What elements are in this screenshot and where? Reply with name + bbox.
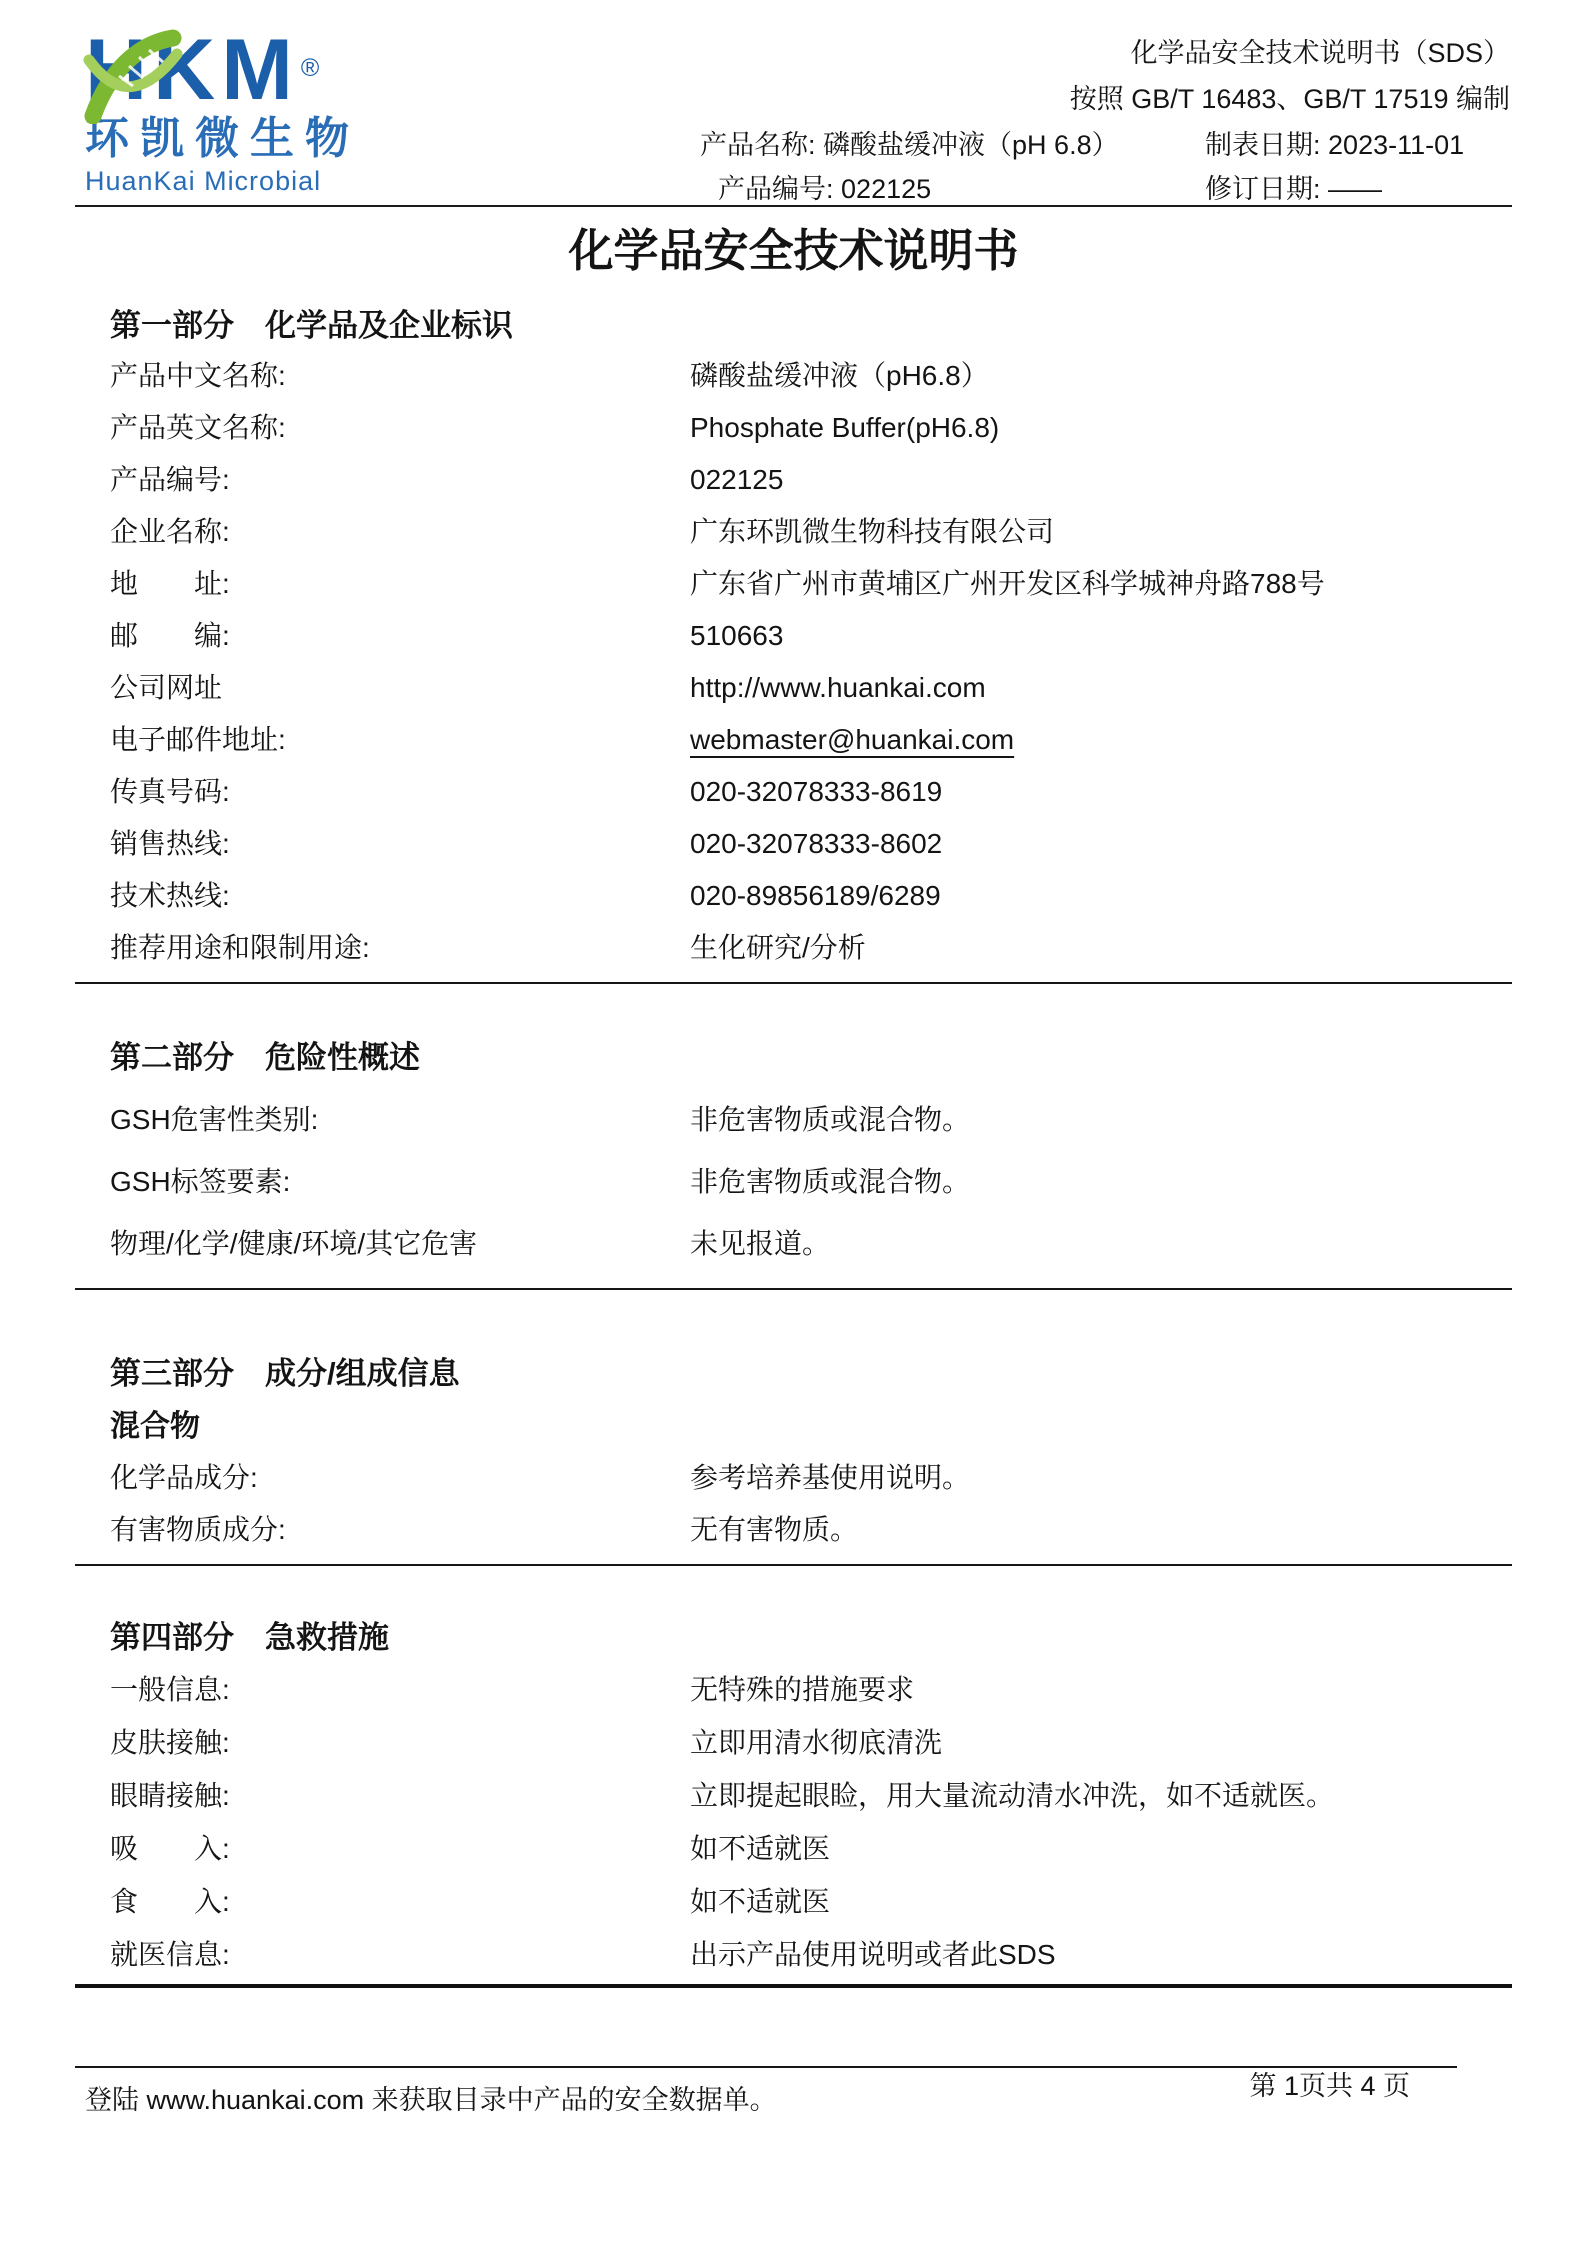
field-label: 技术热线: <box>110 878 690 914</box>
section-3-divider <box>75 1564 1512 1566</box>
field-label: 产品英文名称: <box>110 410 690 446</box>
section-2-rows: GSH危害性类别: 非危害物质或混合物。 GSH标签要素: 非危害物质或混合物。… <box>0 1102 1587 1262</box>
field-value: 出示产品使用说明或者此SDS <box>690 1937 1512 1973</box>
page-title: 化学品安全技术说明书 <box>0 220 1587 282</box>
row-product-name-cn: 产品中文名称: 磷酸盐缓冲液（pH6.8） <box>110 358 1512 394</box>
field-label: 推荐用途和限制用途: <box>110 930 690 966</box>
row-recommended-use: 推荐用途和限制用途: 生化研究/分析 <box>110 930 1512 966</box>
field-value: 广东省广州市黄埔区广州开发区科学城神舟路788号 <box>690 566 1512 602</box>
field-value: 如不适就医 <box>690 1884 1512 1920</box>
field-value: 非危害物质或混合物。 <box>690 1102 1512 1138</box>
field-value: 参考培养基使用说明。 <box>690 1460 1512 1496</box>
field-label: 电子邮件地址: <box>110 722 690 758</box>
document-body: 化学品安全技术说明书 第一部分 化学品及企业标识 产品中文名称: 磷酸盐缓冲液（… <box>0 216 1587 1988</box>
header-product-code-row: 产品编号: 022125 修订日期: —— <box>630 174 1510 204</box>
field-value: Phosphate Buffer(pH6.8) <box>690 410 1512 446</box>
section-2-divider <box>75 1288 1512 1290</box>
header-issue-date: 制表日期: 2023-11-01 <box>1205 130 1510 160</box>
field-label: GSH标签要素: <box>110 1164 690 1200</box>
row-other-hazards: 物理/化学/健康/环境/其它危害 未见报道。 <box>110 1226 1512 1262</box>
field-label: GSH危害性类别: <box>110 1102 690 1138</box>
field-value: 磷酸盐缓冲液（pH6.8） <box>690 358 1512 394</box>
field-value: 无特殊的措施要求 <box>690 1672 1512 1708</box>
field-value: 020-32078333-8602 <box>690 826 1512 862</box>
row-hazardous-components: 有害物质成分: 无有害物质。 <box>110 1512 1512 1548</box>
field-label: 传真号码: <box>110 774 690 810</box>
company-name-en: HuanKai Microbial <box>85 166 360 196</box>
field-label: 一般信息: <box>110 1672 690 1708</box>
header-divider <box>75 205 1512 207</box>
email-link[interactable]: webmaster@huankai.com <box>690 722 1512 758</box>
website-url: http://www.huankai.com <box>690 670 1512 706</box>
field-value: 如不适就医 <box>690 1831 1512 1867</box>
row-company-name: 企业名称: 广东环凯微生物科技有限公司 <box>110 514 1512 550</box>
row-product-name-en: 产品英文名称: Phosphate Buffer(pH6.8) <box>110 410 1512 446</box>
registered-trademark-icon: ® <box>301 54 325 82</box>
row-ingestion: 食 入: 如不适就医 <box>110 1884 1512 1920</box>
field-label: 眼睛接触: <box>110 1778 690 1814</box>
row-fax: 传真号码: 020-32078333-8619 <box>110 774 1512 810</box>
header-product-name-row: 产品名称: 磷酸盐缓冲液（pH 6.8） 制表日期: 2023-11-01 <box>630 130 1510 160</box>
section-1-rows: 产品中文名称: 磷酸盐缓冲液（pH6.8） 产品英文名称: Phosphate … <box>0 358 1587 966</box>
company-logo: HKM® 环凯微生物 HuanKai Microbial <box>85 26 360 196</box>
company-name-cn: 环凯微生物 <box>85 114 360 164</box>
row-product-code: 产品编号: 022125 <box>110 462 1512 498</box>
field-value: 020-89856189/6289 <box>690 878 1512 914</box>
footer-note: 登陆 www.huankai.com 来获取目录中产品的安全数据单。 <box>85 2084 777 2116</box>
row-ghs-hazard-class: GSH危害性类别: 非危害物质或混合物。 <box>110 1102 1512 1138</box>
row-sales-hotline: 销售热线: 020-32078333-8602 <box>110 826 1512 862</box>
field-value: 022125 <box>690 462 1512 498</box>
section-4-divider <box>75 1984 1512 1988</box>
row-chemical-components: 化学品成分: 参考培养基使用说明。 <box>110 1460 1512 1496</box>
field-label: 有害物质成分: <box>110 1512 690 1548</box>
header-product-code: 产品编号: 022125 <box>630 174 1205 204</box>
row-general-info: 一般信息: 无特殊的措施要求 <box>110 1672 1512 1708</box>
field-label: 企业名称: <box>110 514 690 550</box>
field-label: 皮肤接触: <box>110 1725 690 1761</box>
page-indicator: 第 1页共 4 页 <box>1249 2070 1410 2102</box>
field-value: 未见报道。 <box>690 1226 1512 1262</box>
field-label: 销售热线: <box>110 826 690 862</box>
field-value: 非危害物质或混合物。 <box>690 1164 1512 1200</box>
row-address: 地 址: 广东省广州市黄埔区广州开发区科学城神舟路788号 <box>110 566 1512 602</box>
standard-line: 按照 GB/T 16483、GB/T 17519 编制 <box>630 84 1510 114</box>
header-revision-date: 修订日期: —— <box>1205 174 1510 204</box>
brand-text: HKM <box>85 22 299 118</box>
field-value: 无有害物质。 <box>690 1512 1512 1548</box>
field-value: 立即提起眼睑，用大量流动清水冲洗，如不适就医。 <box>690 1778 1512 1814</box>
sds-document-page: HKM® 环凯微生物 HuanKai Microbial 化学品安全技术说明书（… <box>0 0 1587 2245</box>
field-value: 立即用清水彻底清洗 <box>690 1725 1512 1761</box>
field-value: 510663 <box>690 618 1512 654</box>
footer-divider <box>75 2066 1457 2068</box>
doc-type-line: 化学品安全技术说明书（SDS） <box>630 38 1510 68</box>
field-label: 化学品成分: <box>110 1460 690 1496</box>
section-2-heading: 第二部分 危险性概述 <box>110 1038 1587 1078</box>
section-4-rows: 一般信息: 无特殊的措施要求 皮肤接触: 立即用清水彻底清洗 眼睛接触: 立即提… <box>0 1672 1587 1973</box>
field-label: 公司网址 <box>110 670 690 706</box>
row-medical-info: 就医信息: 出示产品使用说明或者此SDS <box>110 1937 1512 1973</box>
field-label: 邮 编: <box>110 618 690 654</box>
document-header-info: 化学品安全技术说明书（SDS） 按照 GB/T 16483、GB/T 17519… <box>630 38 1510 204</box>
section-1-divider <box>75 982 1512 984</box>
field-value: 广东环凯微生物科技有限公司 <box>690 514 1512 550</box>
section-4-heading: 第四部分 急救措施 <box>110 1618 1587 1658</box>
field-value: 020-32078333-8619 <box>690 774 1512 810</box>
row-tech-hotline: 技术热线: 020-89856189/6289 <box>110 878 1512 914</box>
row-email: 电子邮件地址: webmaster@huankai.com <box>110 722 1512 758</box>
brand-wordmark: HKM® <box>85 26 323 114</box>
row-ghs-label-elements: GSH标签要素: 非危害物质或混合物。 <box>110 1164 1512 1200</box>
field-label: 物理/化学/健康/环境/其它危害 <box>110 1226 690 1262</box>
field-label: 产品中文名称: <box>110 358 690 394</box>
field-label: 就医信息: <box>110 1937 690 1973</box>
section-3-rows: 化学品成分: 参考培养基使用说明。 有害物质成分: 无有害物质。 <box>0 1460 1587 1548</box>
row-skin-contact: 皮肤接触: 立即用清水彻底清洗 <box>110 1725 1512 1761</box>
section-3-heading: 第三部分 成分/组成信息 <box>110 1354 1587 1394</box>
row-inhalation: 吸 入: 如不适就医 <box>110 1831 1512 1867</box>
field-label: 产品编号: <box>110 462 690 498</box>
row-website: 公司网址 http://www.huankai.com <box>110 670 1512 706</box>
header-product-name: 产品名称: 磷酸盐缓冲液（pH 6.8） <box>630 130 1205 160</box>
row-postal-code: 邮 编: 510663 <box>110 618 1512 654</box>
field-label: 吸 入: <box>110 1831 690 1867</box>
field-label: 地 址: <box>110 566 690 602</box>
section-3-subheading: 混合物 <box>110 1408 1587 1446</box>
field-label: 食 入: <box>110 1884 690 1920</box>
field-value: 生化研究/分析 <box>690 930 1512 966</box>
row-eye-contact: 眼睛接触: 立即提起眼睑，用大量流动清水冲洗，如不适就医。 <box>110 1778 1512 1814</box>
section-1-heading: 第一部分 化学品及企业标识 <box>110 306 1587 346</box>
